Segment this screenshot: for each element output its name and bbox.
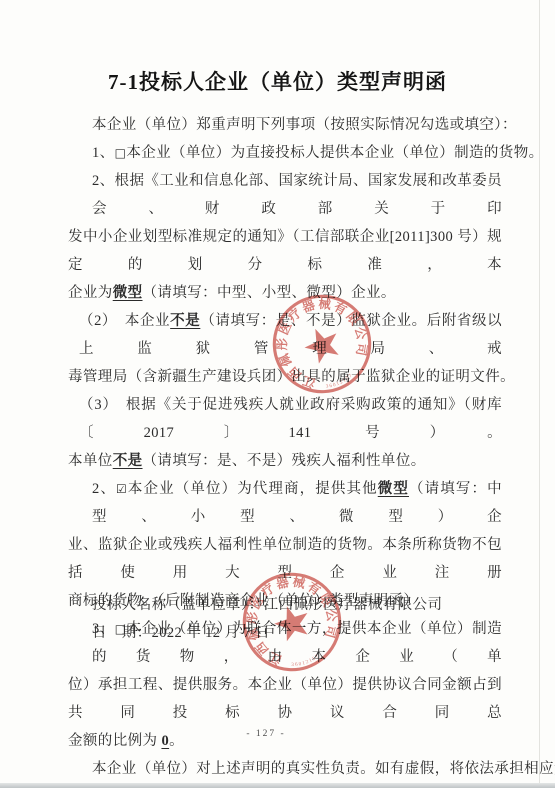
- text-segment: 业、监狱企业或残疾人福利性单位制造的货物。本条所称货物不包括使用大型企业注册: [68, 537, 502, 581]
- text-segment: 本企业（单位）为直接投标人提供本企业（单位）制造的货物。: [126, 145, 543, 161]
- text-segment: 毒管理局（含新疆生产建设兵团）出具的属于监狱企业的证明文件。: [68, 369, 515, 385]
- filled-in-value: 微型: [378, 481, 409, 497]
- text-line: 本企业（单位）对上述声明的真实性负责。如有虚假，将依法承担相应责任。: [68, 755, 502, 783]
- text-segment: （3） 根据《关于促进残疾人就业政府采购政策的通知》（财库〔2017〕141 号…: [79, 397, 502, 441]
- filled-in-value: 不是: [170, 313, 200, 329]
- text-segment: 本企业（单位）为代理商，提供其他: [127, 481, 378, 497]
- text-segment: 企业为: [68, 285, 113, 301]
- text-line: （2） 本企业不是（请填写：是、不是）监狱企业。后附省级以上监狱管理局、戒: [68, 307, 502, 363]
- text-line: 业、监狱企业或残疾人福利性单位制造的货物。本条所称货物不包括使用大型企业注册: [68, 531, 502, 587]
- text-segment: （2） 本企业: [79, 313, 170, 329]
- bidder-name-line: 投标人名称（盖单位章）：江西佩彤医疗器械有限公司: [92, 591, 442, 619]
- filled-in-value: 微型: [113, 285, 143, 301]
- scan-edge-line: [539, 0, 540, 784]
- text-line: 位）承担工程、提供服务。本企业（单位）提供协议合同金额占到共同投标协议合同总: [68, 671, 502, 727]
- scanned-page: 7-1投标人企业（单位）类型声明函 本企业（单位）郑重声明下列事项（按照实际情况…: [0, 0, 555, 788]
- filled-in-value: 不是: [113, 453, 143, 469]
- text-segment: （请填写：中型、小型、微型）企业。: [143, 285, 396, 301]
- scan-bottom-shadow: [0, 783, 555, 788]
- text-segment: 本单位: [68, 453, 113, 469]
- signature-block: 投标人名称（盖单位章）：江西佩彤医疗器械有限公司 日 期：2022 年 12 月…: [92, 591, 442, 647]
- document-title: 7-1投标人企业（单位）类型声明函: [0, 66, 555, 96]
- text-segment: 2、: [92, 481, 116, 497]
- checkbox-unchecked-icon: □: [115, 146, 127, 160]
- text-segment: 位）承担工程、提供服务。本企业（单位）提供协议合同金额占到共同投标协议合同总: [68, 677, 502, 721]
- document-body: 本企业（单位）郑重声明下列事项（按照实际情况勾选或填空）：1、□本企业（单位）为…: [68, 111, 502, 783]
- text-line: 企业为微型（请填写：中型、小型、微型）企业。: [68, 279, 502, 307]
- text-segment: 发中小企业划型标准规定的通知》（工信部联企业[2011]300 号）规定的划分标…: [68, 229, 502, 273]
- text-line: 毒管理局（含新疆生产建设兵团）出具的属于监狱企业的证明文件。: [68, 363, 502, 391]
- text-line: 1、□本企业（单位）为直接投标人提供本企业（单位）制造的货物。: [68, 139, 502, 167]
- text-line: 2、☑本企业（单位）为代理商，提供其他微型（请填写：中型、小型、微型）企: [68, 475, 502, 531]
- text-line: 发中小企业划型标准规定的通知》（工信部联企业[2011]300 号）规定的划分标…: [68, 223, 502, 279]
- text-segment: 2、根据《工业和信息化部、国家统计局、国家发展和改革委员会、财政部关于印: [92, 173, 502, 217]
- text-segment: 本企业（单位）郑重声明下列事项（按照实际情况勾选或填空）：: [92, 117, 517, 133]
- text-line: （3） 根据《关于促进残疾人就业政府采购政策的通知》（财库〔2017〕141 号…: [68, 391, 502, 447]
- text-segment: 1、: [92, 145, 115, 161]
- page-number: - 127 -: [0, 729, 532, 739]
- text-line: 2、根据《工业和信息化部、国家统计局、国家发展和改革委员会、财政部关于印: [68, 167, 502, 223]
- text-segment: （请填写：是、不是）残疾人福利性单位。: [143, 453, 426, 469]
- text-line: 本单位不是（请填写：是、不是）残疾人福利性单位。: [68, 447, 502, 475]
- text-segment: 本企业（单位）对上述声明的真实性负责。如有虚假，将依法承担相应责任。: [92, 761, 555, 777]
- checkbox-checked-icon: ☑: [116, 482, 127, 496]
- text-line: 本企业（单位）郑重声明下列事项（按照实际情况勾选或填空）：: [68, 111, 502, 139]
- date-line: 日 期：2022 年 12 月 7 日: [92, 619, 442, 647]
